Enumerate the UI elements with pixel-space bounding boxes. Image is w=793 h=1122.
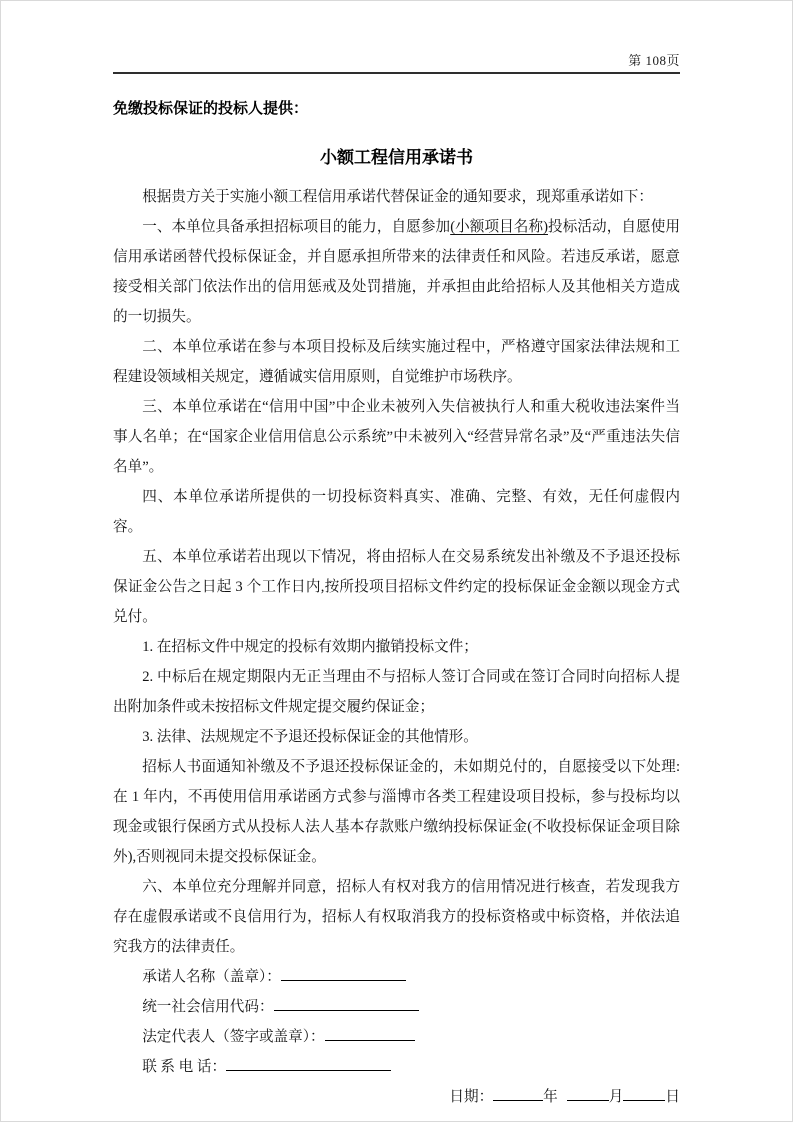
date-field: 日期：年月日	[113, 1082, 680, 1112]
paragraph-item2: 二、本单位承诺在参与本项目投标及后续实施过程中，严格遵守国家法律法规和工程建设领…	[113, 332, 680, 392]
paragraph-subitem3: 3. 法律、法规规定不予退还投标保证金的其他情形。	[113, 722, 680, 752]
legal-representative-label: 法定代表人（签字或盖章）：	[142, 1029, 324, 1045]
phone-blank	[226, 1057, 391, 1071]
credit-code-label: 统一社会信用代码：	[142, 999, 273, 1015]
project-name-placeholder: (小额项目名称)	[450, 219, 548, 235]
document-page: 第 108页 免缴投标保证的投标人提供： 小额工程信用承诺书 根据贵方关于实施小…	[0, 0, 793, 1122]
page-number: 第 108页	[628, 53, 680, 68]
document-title: 小额工程信用承诺书	[113, 143, 680, 168]
document-body: 根据贵方关于实施小额工程信用承诺代替保证金的通知要求，现郑重承诺如下： 一、本单…	[113, 182, 680, 1112]
date-label: 日期：	[449, 1089, 493, 1105]
paragraph-remedy: 招标人书面通知补缴及不予退还投标保证金的，未如期兑付的，自愿接受以下处理:在 1…	[113, 752, 680, 872]
date-month-blank	[567, 1087, 609, 1101]
paragraph-item5: 五、本单位承诺若出现以下情况，将由招标人在交易系统发出补缴及不予退还投标保证金公…	[113, 542, 680, 632]
date-day-blank	[623, 1087, 665, 1101]
paragraph-item4: 四、本单位承诺所提供的一切投标资料真实、准确、完整、有效，无任何虚假内容。	[113, 482, 680, 542]
date-year-label: 年	[543, 1089, 558, 1105]
paragraph-subitem2: 2. 中标后在规定期限内无正当理由不与招标人签订合同或在签订合同时向招标人提出附…	[113, 662, 680, 722]
paragraph-subitem1: 1. 在招标文件中规定的投标有效期内撤销投标文件；	[113, 632, 680, 662]
page-header: 第 108页	[113, 1, 680, 74]
promisor-name-label: 承诺人名称（盖章）：	[142, 969, 281, 985]
credit-code-field: 统一社会信用代码：	[113, 992, 680, 1022]
item1-text-before: 一、本单位具备承担招标项目的能力，自愿参加	[142, 219, 450, 235]
phone-field: 联 系 电 话：	[113, 1052, 680, 1082]
paragraph-item6: 六、本单位充分理解并同意，招标人有权对我方的信用情况进行核查，若发现我方存在虚假…	[113, 872, 680, 962]
promisor-name-blank	[281, 967, 406, 981]
paragraph-item1: 一、本单位具备承担招标项目的能力，自愿参加(小额项目名称)投标活动，自愿使用信用…	[113, 212, 680, 332]
date-day-label: 日	[665, 1089, 680, 1105]
legal-representative-field: 法定代表人（签字或盖章）：	[113, 1022, 680, 1052]
phone-label: 联 系 电 话：	[142, 1059, 226, 1075]
paragraph-intro: 根据贵方关于实施小额工程信用承诺代替保证金的通知要求，现郑重承诺如下：	[113, 182, 680, 212]
legal-representative-blank	[325, 1027, 415, 1041]
signature-block: 承诺人名称（盖章）： 统一社会信用代码： 法定代表人（签字或盖章）： 联 系 电…	[113, 962, 680, 1112]
promisor-name-field: 承诺人名称（盖章）：	[113, 962, 680, 992]
date-year-blank	[493, 1087, 543, 1101]
paragraph-item3: 三、本单位承诺在“信用中国”中企业未被列入失信被执行人和重大税收违法案件当事人名…	[113, 392, 680, 482]
provider-note: 免缴投标保证的投标人提供：	[113, 97, 680, 118]
date-month-label: 月	[609, 1089, 624, 1105]
credit-code-blank	[274, 997, 419, 1011]
